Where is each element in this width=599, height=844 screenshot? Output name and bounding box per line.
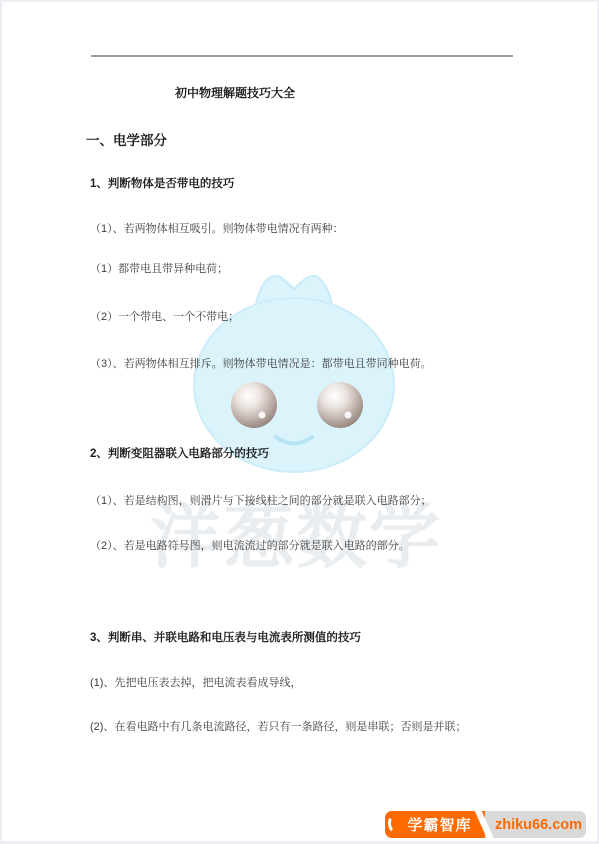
paragraph: （1）都带电且带异种电荷；	[90, 263, 228, 276]
paragraph: (2)、在看电路中有几条电流路径，若只有一条路径，则是串联；否则是并联；	[90, 721, 466, 734]
paragraph: （2）、若是电路符号图，则电流流过的部分就是联入电路的部分。	[90, 540, 410, 553]
screenshot-viewport: 洋葱数学 初中物理解题技巧大全 一、电学部分 1、判断物体是否带电的技巧 （1）…	[0, 0, 599, 844]
page-title: 初中物理解题技巧大全	[175, 84, 295, 101]
document-content: 初中物理解题技巧大全 一、电学部分 1、判断物体是否带电的技巧 （1）、若两物体…	[2, 2, 597, 841]
section-heading: 一、电学部分	[86, 129, 167, 149]
paragraph: （1）、若是结构图，则滑片与下接线柱之间的部分就是联入电路部分；	[90, 495, 432, 508]
document-page: 洋葱数学 初中物理解题技巧大全 一、电学部分 1、判断物体是否带电的技巧 （1）…	[2, 2, 597, 841]
subheading-1: 1、判断物体是否带电的技巧	[90, 178, 234, 191]
paragraph: （1）、若两物体相互吸引。则物体带电情况有两种：	[90, 223, 344, 236]
brand-badge-left: 学霸智库	[385, 811, 485, 838]
brand-site-url: zhiku66.com	[489, 817, 582, 833]
brand-name: 学霸智库	[407, 814, 471, 835]
top-horizontal-rule	[91, 55, 513, 57]
paragraph: （3）、若两物体相互排斥。则物体带电情况是：都带电且带同种电荷。	[90, 358, 432, 371]
brand-badge-right: zhiku66.com	[485, 811, 586, 838]
brand-badge: 学霸智库 zhiku66.com	[385, 811, 586, 838]
subheading-2: 2、判断变阻器联入电路部分的技巧	[90, 448, 269, 461]
paragraph: (1)、先把电压表去掉，把电流表看成导线，	[90, 677, 301, 690]
subheading-3: 3、判断串、并联电路和电压表与电流表所测值的技巧	[90, 632, 361, 645]
paragraph: （2）一个带电、一个不带电；	[90, 311, 239, 324]
crescent-icon	[387, 814, 402, 834]
